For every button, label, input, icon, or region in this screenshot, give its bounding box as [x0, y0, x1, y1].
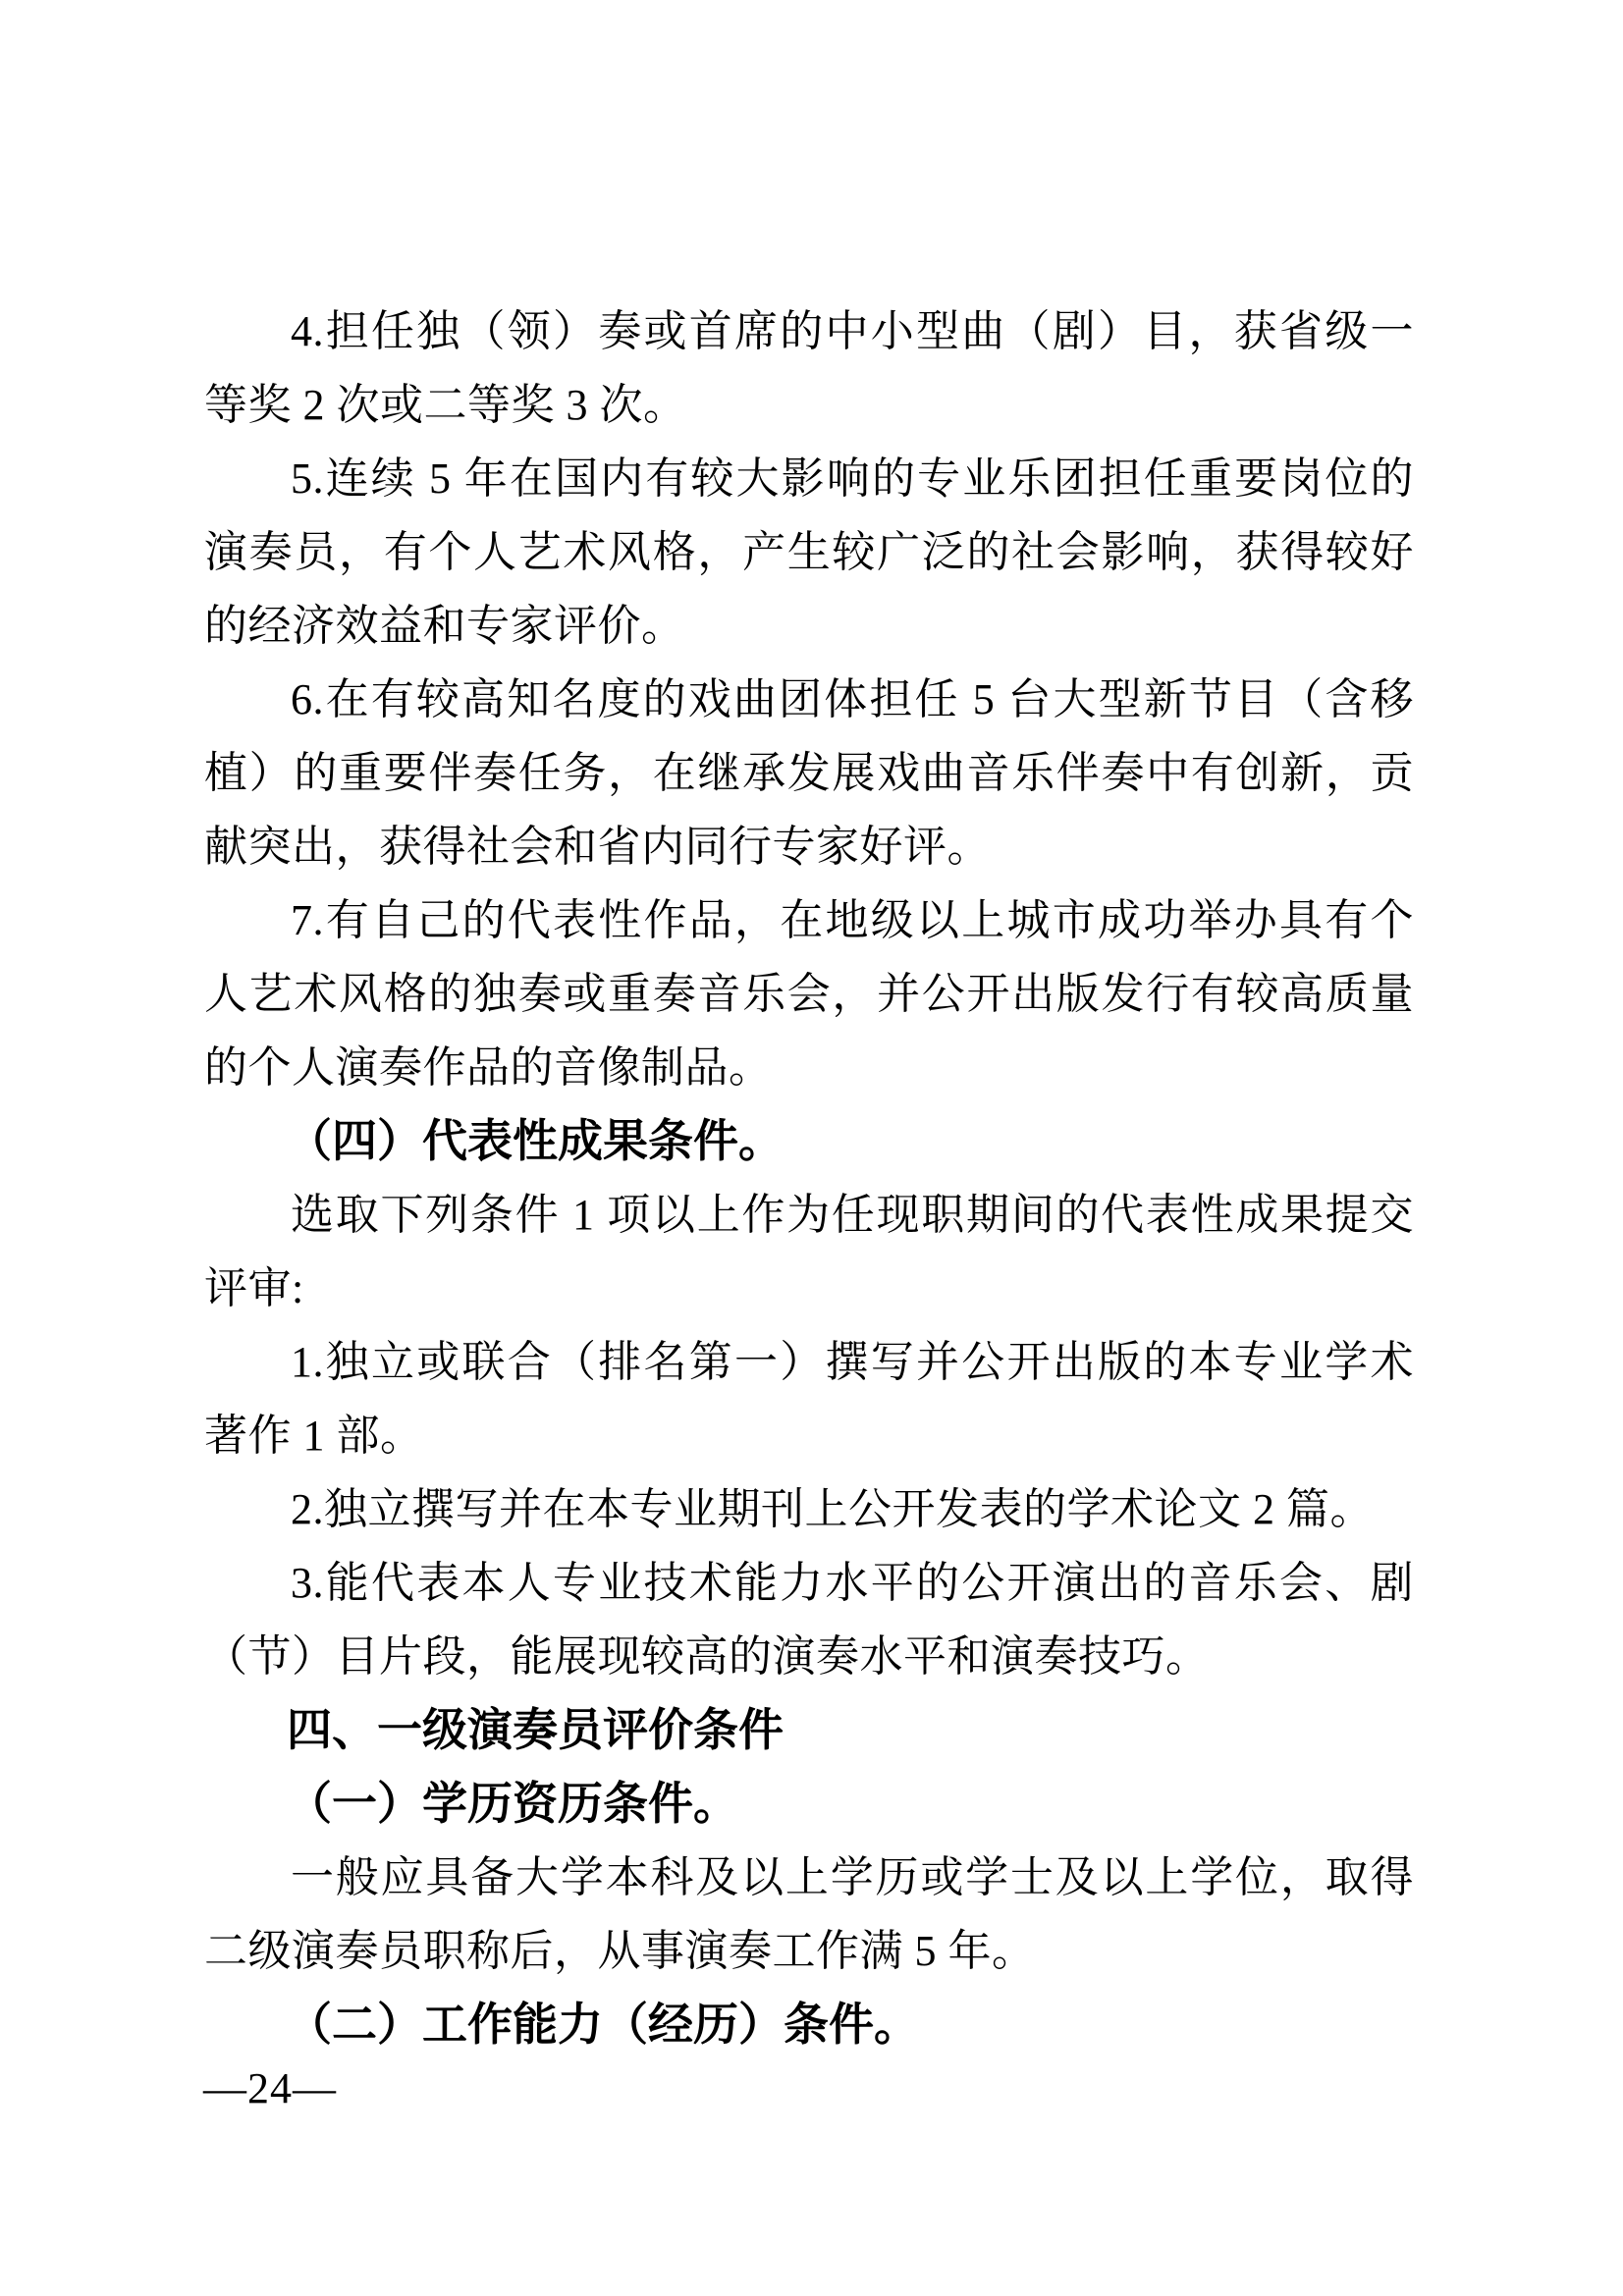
- page-number: —24—: [203, 2065, 337, 2112]
- text-block: 4.担任独（领）奏或首席的中小型曲（剧）目，获省级一等奖 2 次或二等奖 3 次…: [204, 294, 1414, 2061]
- paragraph: 1.独立或联合（排名第一）撰写并公开出版的本专业学术著作 1 部。: [204, 1325, 1414, 1472]
- document-page: 4.担任独（领）奏或首席的中小型曲（剧）目，获省级一等奖 2 次或二等奖 3 次…: [0, 0, 1623, 2296]
- paragraph: 4.担任独（领）奏或首席的中小型曲（剧）目，获省级一等奖 2 次或二等奖 3 次…: [204, 294, 1414, 442]
- paragraph: 7.有自己的代表性作品，在地级以上城市成功举办具有个人艺术风格的独奏或重奏音乐会…: [204, 883, 1414, 1104]
- paragraph: 6.在有较高知名度的戏曲团体担任 5 台大型新节目（含移植）的重要伴奏任务，在继…: [204, 663, 1414, 883]
- subsection-heading: （四）代表性成果条件。: [204, 1104, 1414, 1178]
- paragraph: 一般应具备大学本科及以上学历或学士及以上学位，取得二级演奏员职称后，从事演奏工作…: [204, 1841, 1414, 1988]
- paragraph: 2.独立撰写并在本专业期刊上公开发表的学术论文 2 篇。: [204, 1472, 1414, 1546]
- section-heading: 四、一级演奏员评价条件: [204, 1693, 1414, 1767]
- paragraph: 3.能代表本人专业技术能力水平的公开演出的音乐会、剧（节）目片段，能展现较高的演…: [204, 1546, 1414, 1693]
- paragraph: 选取下列条件 1 项以上作为任现职期间的代表性成果提交评审:: [204, 1178, 1414, 1325]
- subsection-heading: （一）学历资历条件。: [204, 1767, 1414, 1841]
- paragraph: 5.连续 5 年在国内有较大影响的专业乐团担任重要岗位的演奏员，有个人艺术风格，…: [204, 442, 1414, 663]
- subsection-heading: （二）工作能力（经历）条件。: [204, 1988, 1414, 2061]
